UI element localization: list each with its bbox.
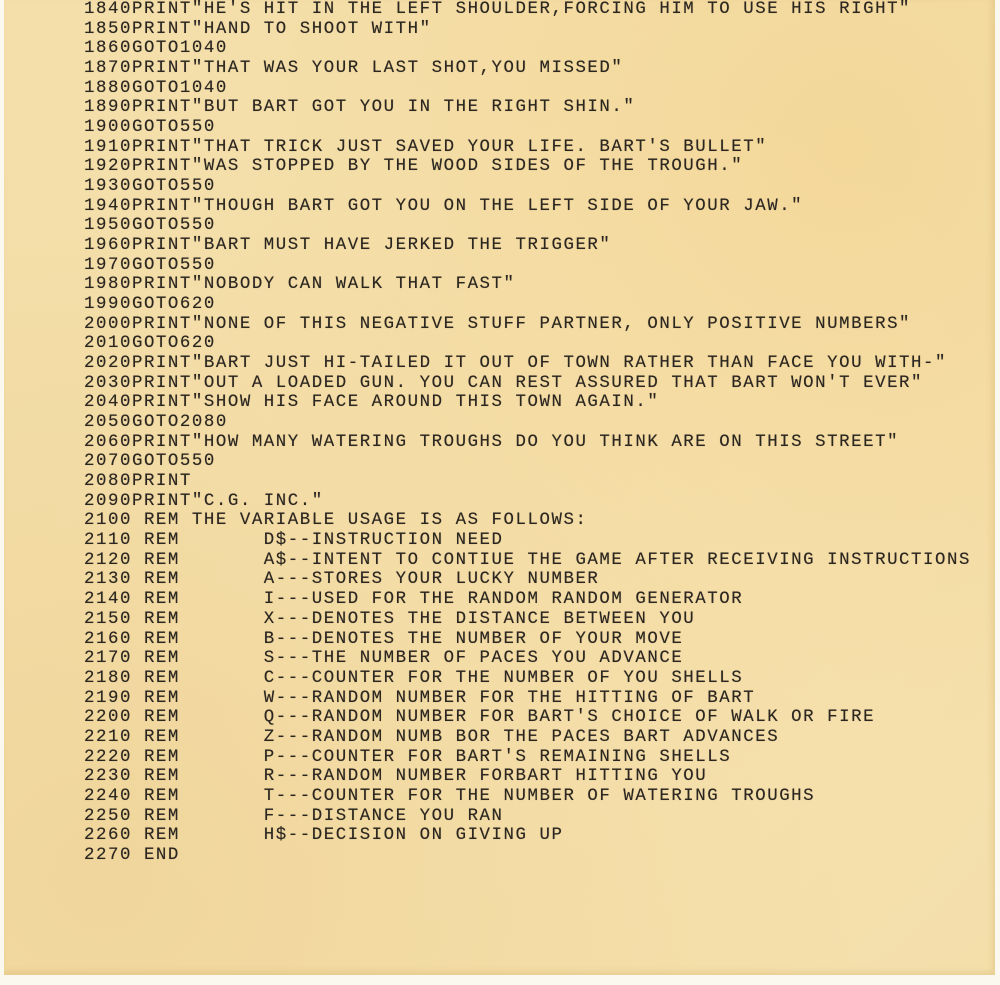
- program-line: 1950GOTO550: [84, 216, 971, 236]
- line-number: 2250: [84, 807, 132, 826]
- line-number: 2070: [84, 452, 132, 471]
- program-line: 1980PRINT"NOBODY CAN WALK THAT FAST": [84, 275, 971, 295]
- line-statement: REM R---RANDOM NUMBER FORBART HITTING YO…: [132, 767, 707, 786]
- program-line: 2200 REM Q---RANDOM NUMBER FOR BART'S CH…: [84, 708, 971, 728]
- line-number: 1890: [84, 98, 132, 117]
- program-line: 1940PRINT"THOUGH BART GOT YOU ON THE LEF…: [84, 197, 971, 217]
- line-statement: REM C---COUNTER FOR THE NUMBER OF YOU SH…: [132, 669, 743, 688]
- line-number: 2230: [84, 767, 132, 786]
- line-number: 1900: [84, 118, 132, 137]
- line-number: 2200: [84, 708, 132, 727]
- line-statement: REM I---USED FOR THE RANDOM RANDOM GENER…: [132, 590, 743, 609]
- line-number: 2000: [84, 315, 132, 334]
- line-number: 2160: [84, 630, 132, 649]
- program-line: 1960PRINT"BART MUST HAVE JERKED THE TRIG…: [84, 236, 971, 256]
- line-statement: REM D$--INSTRUCTION NEED: [132, 531, 504, 550]
- program-line: 2020PRINT"BART JUST HI-TAILED IT OUT OF …: [84, 354, 971, 374]
- line-number: 2270: [84, 846, 132, 865]
- program-line: 2270 END: [84, 846, 971, 866]
- program-line: 2040PRINT"SHOW HIS FACE AROUND THIS TOWN…: [84, 393, 971, 413]
- line-number: 1850: [84, 20, 132, 39]
- program-line: 1880GOTO1040: [84, 79, 971, 99]
- program-line: 2080PRINT: [84, 472, 971, 492]
- line-statement: REM S---THE NUMBER OF PACES YOU ADVANCE: [132, 649, 683, 668]
- line-number: 1990: [84, 295, 132, 314]
- line-number: 2260: [84, 826, 132, 845]
- line-statement: GOTO2080: [132, 413, 228, 432]
- line-statement: PRINT"THAT WAS YOUR LAST SHOT,YOU MISSED…: [132, 59, 623, 78]
- line-statement: PRINT"BART JUST HI-TAILED IT OUT OF TOWN…: [132, 354, 947, 373]
- line-number: 2030: [84, 374, 132, 393]
- program-line: 2110 REM D$--INSTRUCTION NEED: [84, 531, 971, 551]
- line-statement: PRINT"C.G. INC.": [132, 492, 324, 511]
- line-number: 2190: [84, 689, 132, 708]
- line-statement: GOTO550: [132, 452, 216, 471]
- line-statement: REM W---RANDOM NUMBER FOR THE HITTING OF…: [132, 689, 755, 708]
- program-line: 2190 REM W---RANDOM NUMBER FOR THE HITTI…: [84, 689, 971, 709]
- line-statement: REM T---COUNTER FOR THE NUMBER OF WATERI…: [132, 787, 815, 806]
- program-line: 1930GOTO550: [84, 177, 971, 197]
- program-line: 1840PRINT"HE'S HIT IN THE LEFT SHOULDER,…: [84, 0, 971, 20]
- line-statement: PRINT"NOBODY CAN WALK THAT FAST": [132, 275, 516, 294]
- line-number: 2240: [84, 787, 132, 806]
- line-number: 2170: [84, 649, 132, 668]
- line-number: 2010: [84, 334, 132, 353]
- line-statement: REM H$--DECISION ON GIVING UP: [132, 826, 564, 845]
- program-line: 1850PRINT"HAND TO SHOOT WITH": [84, 20, 971, 40]
- line-statement: PRINT"OUT A LOADED GUN. YOU CAN REST ASS…: [132, 374, 923, 393]
- program-line: 2140 REM I---USED FOR THE RANDOM RANDOM …: [84, 590, 971, 610]
- line-statement: PRINT"BART MUST HAVE JERKED THE TRIGGER": [132, 236, 611, 255]
- line-statement: REM X---DENOTES THE DISTANCE BETWEEN YOU: [132, 610, 695, 629]
- line-number: 1910: [84, 138, 132, 157]
- line-statement: REM P---COUNTER FOR BART'S REMAINING SHE…: [132, 748, 731, 767]
- program-line: 1970GOTO550: [84, 256, 971, 276]
- program-line: 2240 REM T---COUNTER FOR THE NUMBER OF W…: [84, 787, 971, 807]
- line-number: 2060: [84, 433, 132, 452]
- program-line: 2170 REM S---THE NUMBER OF PACES YOU ADV…: [84, 649, 971, 669]
- program-line: 2180 REM C---COUNTER FOR THE NUMBER OF Y…: [84, 669, 971, 689]
- line-statement: PRINT"BUT BART GOT YOU IN THE RIGHT SHIN…: [132, 98, 635, 117]
- line-statement: PRINT"THAT TRICK JUST SAVED YOUR LIFE. B…: [132, 138, 767, 157]
- line-number: 2220: [84, 748, 132, 767]
- line-statement: GOTO550: [132, 118, 216, 137]
- line-statement: REM Z---RANDOM NUMB BOR THE PACES BART A…: [132, 728, 779, 747]
- line-number: 2120: [84, 551, 132, 570]
- line-statement: REM Q---RANDOM NUMBER FOR BART'S CHOICE …: [132, 708, 875, 727]
- line-number: 1930: [84, 177, 132, 196]
- line-number: 1960: [84, 236, 132, 255]
- line-statement: REM F---DISTANCE YOU RAN: [132, 807, 504, 826]
- line-statement: REM B---DENOTES THE NUMBER OF YOUR MOVE: [132, 630, 683, 649]
- line-number: 1980: [84, 275, 132, 294]
- line-number: 2080: [84, 472, 132, 491]
- line-statement: GOTO550: [132, 256, 216, 275]
- line-statement: PRINT"HOW MANY WATERING TROUGHS DO YOU T…: [132, 433, 899, 452]
- program-line: 1900GOTO550: [84, 118, 971, 138]
- line-statement: PRINT: [132, 472, 192, 491]
- program-line: 2150 REM X---DENOTES THE DISTANCE BETWEE…: [84, 610, 971, 630]
- line-statement: GOTO550: [132, 177, 216, 196]
- line-number: 1940: [84, 197, 132, 216]
- line-statement: GOTO550: [132, 216, 216, 235]
- line-statement: REM A---STORES YOUR LUCKY NUMBER: [132, 570, 599, 589]
- program-line: 2100 REM THE VARIABLE USAGE IS AS FOLLOW…: [84, 511, 971, 531]
- line-number: 1970: [84, 256, 132, 275]
- line-statement: END: [132, 846, 180, 865]
- program-line: 2260 REM H$--DECISION ON GIVING UP: [84, 826, 971, 846]
- line-statement: PRINT"WAS STOPPED BY THE WOOD SIDES OF T…: [132, 157, 743, 176]
- program-line: 2230 REM R---RANDOM NUMBER FORBART HITTI…: [84, 767, 971, 787]
- program-line: 1890PRINT"BUT BART GOT YOU IN THE RIGHT …: [84, 98, 971, 118]
- line-number: 1860: [84, 39, 132, 58]
- program-line: 2030PRINT"OUT A LOADED GUN. YOU CAN REST…: [84, 374, 971, 394]
- line-number: 2180: [84, 669, 132, 688]
- line-number: 1840: [84, 0, 132, 19]
- line-number: 2020: [84, 354, 132, 373]
- program-line: 1990GOTO620: [84, 295, 971, 315]
- line-number: 2140: [84, 590, 132, 609]
- line-statement: REM THE VARIABLE USAGE IS AS FOLLOWS:: [132, 511, 587, 530]
- line-statement: REM A$--INTENT TO CONTIUE THE GAME AFTER…: [132, 551, 971, 570]
- line-statement: GOTO1040: [132, 79, 228, 98]
- line-statement: PRINT"HAND TO SHOOT WITH": [132, 20, 432, 39]
- program-line: 1860GOTO1040: [84, 39, 971, 59]
- line-number: 2210: [84, 728, 132, 747]
- line-number: 2040: [84, 393, 132, 412]
- program-line: 2050GOTO2080: [84, 413, 971, 433]
- line-number: 2050: [84, 413, 132, 432]
- basic-program-listing: 1840PRINT"HE'S HIT IN THE LEFT SHOULDER,…: [84, 0, 971, 866]
- line-number: 1870: [84, 59, 132, 78]
- program-line: 1870PRINT"THAT WAS YOUR LAST SHOT,YOU MI…: [84, 59, 971, 79]
- program-line: 2160 REM B---DENOTES THE NUMBER OF YOUR …: [84, 630, 971, 650]
- program-line: 2070GOTO550: [84, 452, 971, 472]
- line-number: 1950: [84, 216, 132, 235]
- typewritten-page: 1840PRINT"HE'S HIT IN THE LEFT SHOULDER,…: [4, 0, 995, 975]
- program-line: 1910PRINT"THAT TRICK JUST SAVED YOUR LIF…: [84, 138, 971, 158]
- program-line: 2120 REM A$--INTENT TO CONTIUE THE GAME …: [84, 551, 971, 571]
- line-number: 2110: [84, 531, 132, 550]
- line-statement: PRINT"THOUGH BART GOT YOU ON THE LEFT SI…: [132, 197, 803, 216]
- program-line: 2250 REM F---DISTANCE YOU RAN: [84, 807, 971, 827]
- program-line: 2220 REM P---COUNTER FOR BART'S REMAININ…: [84, 748, 971, 768]
- line-statement: GOTO620: [132, 334, 216, 353]
- line-statement: PRINT"NONE OF THIS NEGATIVE STUFF PARTNE…: [132, 315, 911, 334]
- program-line: 2210 REM Z---RANDOM NUMB BOR THE PACES B…: [84, 728, 971, 748]
- program-line: 1920PRINT"WAS STOPPED BY THE WOOD SIDES …: [84, 157, 971, 177]
- line-number: 2100: [84, 511, 132, 530]
- line-number: 2150: [84, 610, 132, 629]
- line-statement: GOTO620: [132, 295, 216, 314]
- program-line: 2090PRINT"C.G. INC.": [84, 492, 971, 512]
- program-line: 2060PRINT"HOW MANY WATERING TROUGHS DO Y…: [84, 433, 971, 453]
- line-statement: PRINT"HE'S HIT IN THE LEFT SHOULDER,FORC…: [132, 0, 911, 19]
- line-statement: PRINT"SHOW HIS FACE AROUND THIS TOWN AGA…: [132, 393, 659, 412]
- line-number: 1920: [84, 157, 132, 176]
- program-line: 2000PRINT"NONE OF THIS NEGATIVE STUFF PA…: [84, 315, 971, 335]
- line-number: 2130: [84, 570, 132, 589]
- program-line: 2130 REM A---STORES YOUR LUCKY NUMBER: [84, 570, 971, 590]
- line-statement: GOTO1040: [132, 39, 228, 58]
- line-number: 2090: [84, 492, 132, 511]
- line-number: 1880: [84, 79, 132, 98]
- program-line: 2010GOTO620: [84, 334, 971, 354]
